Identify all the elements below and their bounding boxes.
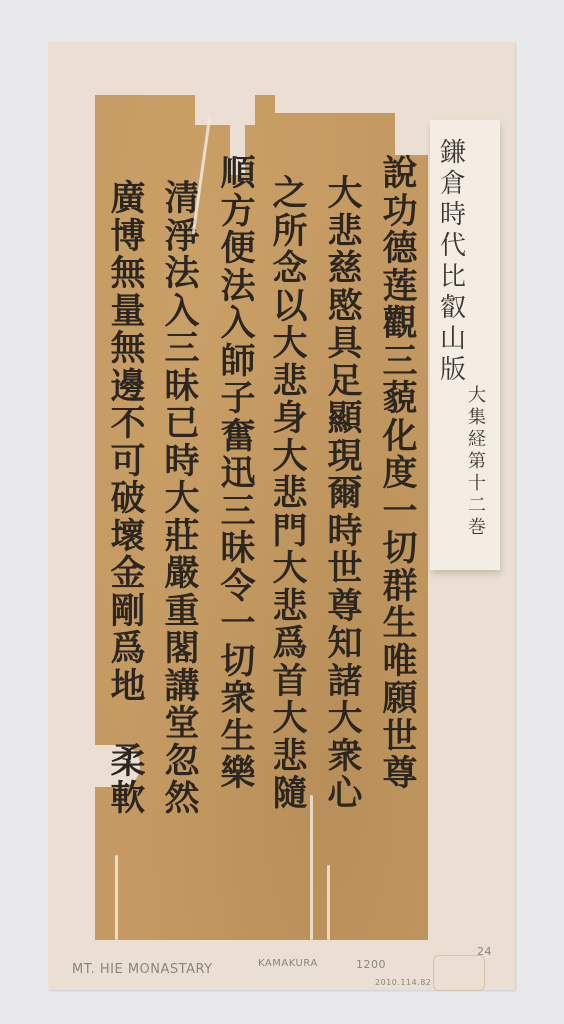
- sutra-character: 可: [108, 443, 148, 481]
- sutra-character: 門: [270, 513, 310, 551]
- note-accession: 2010.114.82: [375, 978, 431, 987]
- sutra-character: 三: [218, 493, 258, 531]
- sutra-character: 閣: [162, 630, 202, 668]
- sutra-character: 大: [162, 480, 202, 518]
- label-slip: 鎌倉時代比叡山版 大集経第十二巻: [430, 120, 500, 570]
- sutra-character: 昧: [162, 368, 202, 406]
- sutra-character: 博: [108, 218, 148, 256]
- sutra-character: 然: [162, 780, 202, 818]
- sutra-character: 順: [218, 155, 258, 193]
- sutra-character: 法: [162, 255, 202, 293]
- sutra-character: 入: [218, 305, 258, 343]
- sutra-character: 功: [380, 193, 420, 231]
- sutra-character: 一: [380, 493, 420, 531]
- sutra-character: 隨: [270, 775, 310, 813]
- paper-crack: [310, 795, 313, 940]
- sutra-character: 重: [162, 593, 202, 631]
- sutra-character: 已: [162, 405, 202, 443]
- sutra-character: 大: [325, 700, 365, 738]
- sutra-character: 量: [108, 293, 148, 331]
- sutra-character: 唯: [380, 643, 420, 681]
- sutra-character: 爲: [108, 630, 148, 668]
- sutra-character: 令: [218, 568, 258, 606]
- sutra-character: 愍: [325, 288, 365, 326]
- sutra-character: 德: [380, 230, 420, 268]
- sutra-character: 入: [162, 293, 202, 331]
- sutra-character: 無: [108, 255, 148, 293]
- label-character: 叡: [440, 293, 466, 324]
- sutra-character: 時: [162, 443, 202, 481]
- text-column-6: 廣博無量無邊不可破壞金剛爲地 柔軟: [103, 180, 153, 818]
- sutra-character: 具: [325, 325, 365, 363]
- label-character: 二: [468, 495, 486, 517]
- sutra-character: 爲: [270, 625, 310, 663]
- sutra-character: 三: [162, 330, 202, 368]
- sutra-character: 悲: [270, 738, 310, 776]
- sutra-character: 悲: [270, 363, 310, 401]
- label-character: 第: [468, 451, 486, 473]
- paper-crack: [115, 855, 118, 940]
- torn-edge: [395, 95, 428, 155]
- sutra-character: 忽: [162, 743, 202, 781]
- label-character: 巻: [468, 517, 486, 539]
- sutra-character: 莲: [380, 268, 420, 306]
- sutra-character: 現: [325, 438, 365, 476]
- sutra-character: 壞: [108, 518, 148, 556]
- sutra-character: 軟: [108, 780, 148, 818]
- sutra-character: 不: [108, 405, 148, 443]
- label-character: 山: [440, 324, 466, 355]
- sutra-character: 便: [218, 230, 258, 268]
- sutra-character: 大: [325, 175, 365, 213]
- note-date: 1200: [356, 958, 386, 971]
- sutra-character: 子: [218, 380, 258, 418]
- label-character: 倉: [440, 169, 466, 200]
- sutra-character: 奮: [218, 418, 258, 456]
- label-title: 鎌倉時代比叡山版: [440, 138, 466, 386]
- sutra-character: 念: [270, 250, 310, 288]
- sutra-character: 時: [325, 513, 365, 551]
- sutra-character: 法: [218, 268, 258, 306]
- sutra-character: 之: [270, 175, 310, 213]
- sutra-character: 無: [108, 330, 148, 368]
- sutra-character: 尊: [380, 755, 420, 793]
- sutra-character: 大: [270, 550, 310, 588]
- label-character: 十: [468, 473, 486, 495]
- sutra-character: 衆: [325, 738, 365, 776]
- sutra-character: 群: [380, 568, 420, 606]
- sutra-character: 顯: [325, 400, 365, 438]
- sutra-character: 悲: [270, 588, 310, 626]
- sutra-character: 爾: [325, 475, 365, 513]
- sutra-character: 藐: [380, 380, 420, 418]
- sutra-character: 方: [218, 193, 258, 231]
- sutra-character: 願: [380, 680, 420, 718]
- sutra-character: 柔: [108, 743, 148, 781]
- sutra-character: 度: [380, 455, 420, 493]
- sutra-character: 所: [270, 213, 310, 251]
- sutra-character: 地: [108, 668, 148, 706]
- sutra-character: 切: [380, 530, 420, 568]
- sutra-character: 以: [270, 288, 310, 326]
- sutra-character: 切: [218, 643, 258, 681]
- sutra-character: 世: [325, 550, 365, 588]
- label-character: 版: [440, 355, 466, 386]
- sutra-character: 迅: [218, 455, 258, 493]
- sutra-character: 世: [380, 718, 420, 756]
- label-character: 代: [440, 231, 466, 262]
- sutra-character: 剛: [108, 593, 148, 631]
- sutra-character: 金: [108, 555, 148, 593]
- faded-stamp: [433, 955, 485, 991]
- text-column-3: 之所念以大悲身大悲門大悲爲首大悲隨: [265, 175, 315, 813]
- sutra-character: 一: [218, 605, 258, 643]
- sutra-character: 講: [162, 668, 202, 706]
- label-character: 時: [440, 200, 466, 231]
- sutra-character: 大: [270, 700, 310, 738]
- sutra-character: 生: [380, 605, 420, 643]
- sutra-character: 說: [380, 155, 420, 193]
- sutra-character: 化: [380, 418, 420, 456]
- sutra-character: 昧: [218, 530, 258, 568]
- sutra-character: 三: [380, 343, 420, 381]
- sutra-character: 知: [325, 625, 365, 663]
- sutra-character: 觀: [380, 305, 420, 343]
- sutra-character: 師: [218, 343, 258, 381]
- sutra-character: 心: [325, 775, 365, 813]
- paper-crack: [327, 865, 330, 940]
- sutra-character: [108, 705, 148, 743]
- sutra-character: 大: [270, 325, 310, 363]
- label-character: 鎌: [440, 138, 466, 169]
- sutra-fragment: 說功德莲觀三藐化度一切群生唯願世尊 大悲慈愍具足顯現爾時世尊知諸大衆心 之所念以…: [95, 95, 428, 940]
- sutra-character: 諸: [325, 663, 365, 701]
- sutra-character: 首: [270, 663, 310, 701]
- sutra-character: 足: [325, 363, 365, 401]
- label-subtitle: 大集経第十二巻: [468, 385, 486, 539]
- sutra-character: 悲: [270, 475, 310, 513]
- label-character: 比: [440, 262, 466, 293]
- torn-edge: [195, 95, 255, 125]
- note-period: KAMAKURA: [258, 958, 318, 969]
- label-character: 経: [468, 429, 486, 451]
- sutra-character: 邊: [108, 368, 148, 406]
- sutra-character: 大: [270, 438, 310, 476]
- sutra-character: 身: [270, 400, 310, 438]
- sutra-character: 悲: [325, 213, 365, 251]
- text-column-5: 清淨法入三昧已時大莊嚴重閣講堂忽然: [157, 180, 207, 818]
- text-column-4: 順方便法入師子奮迅三昧令一切衆生樂: [213, 155, 263, 793]
- torn-edge: [275, 95, 415, 113]
- sutra-character: 衆: [218, 680, 258, 718]
- sutra-character: 樂: [218, 755, 258, 793]
- label-character: 大: [468, 385, 486, 407]
- sutra-character: 生: [218, 718, 258, 756]
- sutra-character: 堂: [162, 705, 202, 743]
- sutra-character: 尊: [325, 588, 365, 626]
- sutra-character: 破: [108, 480, 148, 518]
- sutra-character: 慈: [325, 250, 365, 288]
- text-column-2: 大悲慈愍具足顯現爾時世尊知諸大衆心: [320, 175, 370, 813]
- note-monastery: MT. HIE MONASTARY: [72, 962, 213, 977]
- sutra-character: 廣: [108, 180, 148, 218]
- text-column-1: 說功德莲觀三藐化度一切群生唯願世尊: [375, 155, 425, 793]
- sutra-character: 莊: [162, 518, 202, 556]
- label-character: 集: [468, 407, 486, 429]
- sutra-character: 嚴: [162, 555, 202, 593]
